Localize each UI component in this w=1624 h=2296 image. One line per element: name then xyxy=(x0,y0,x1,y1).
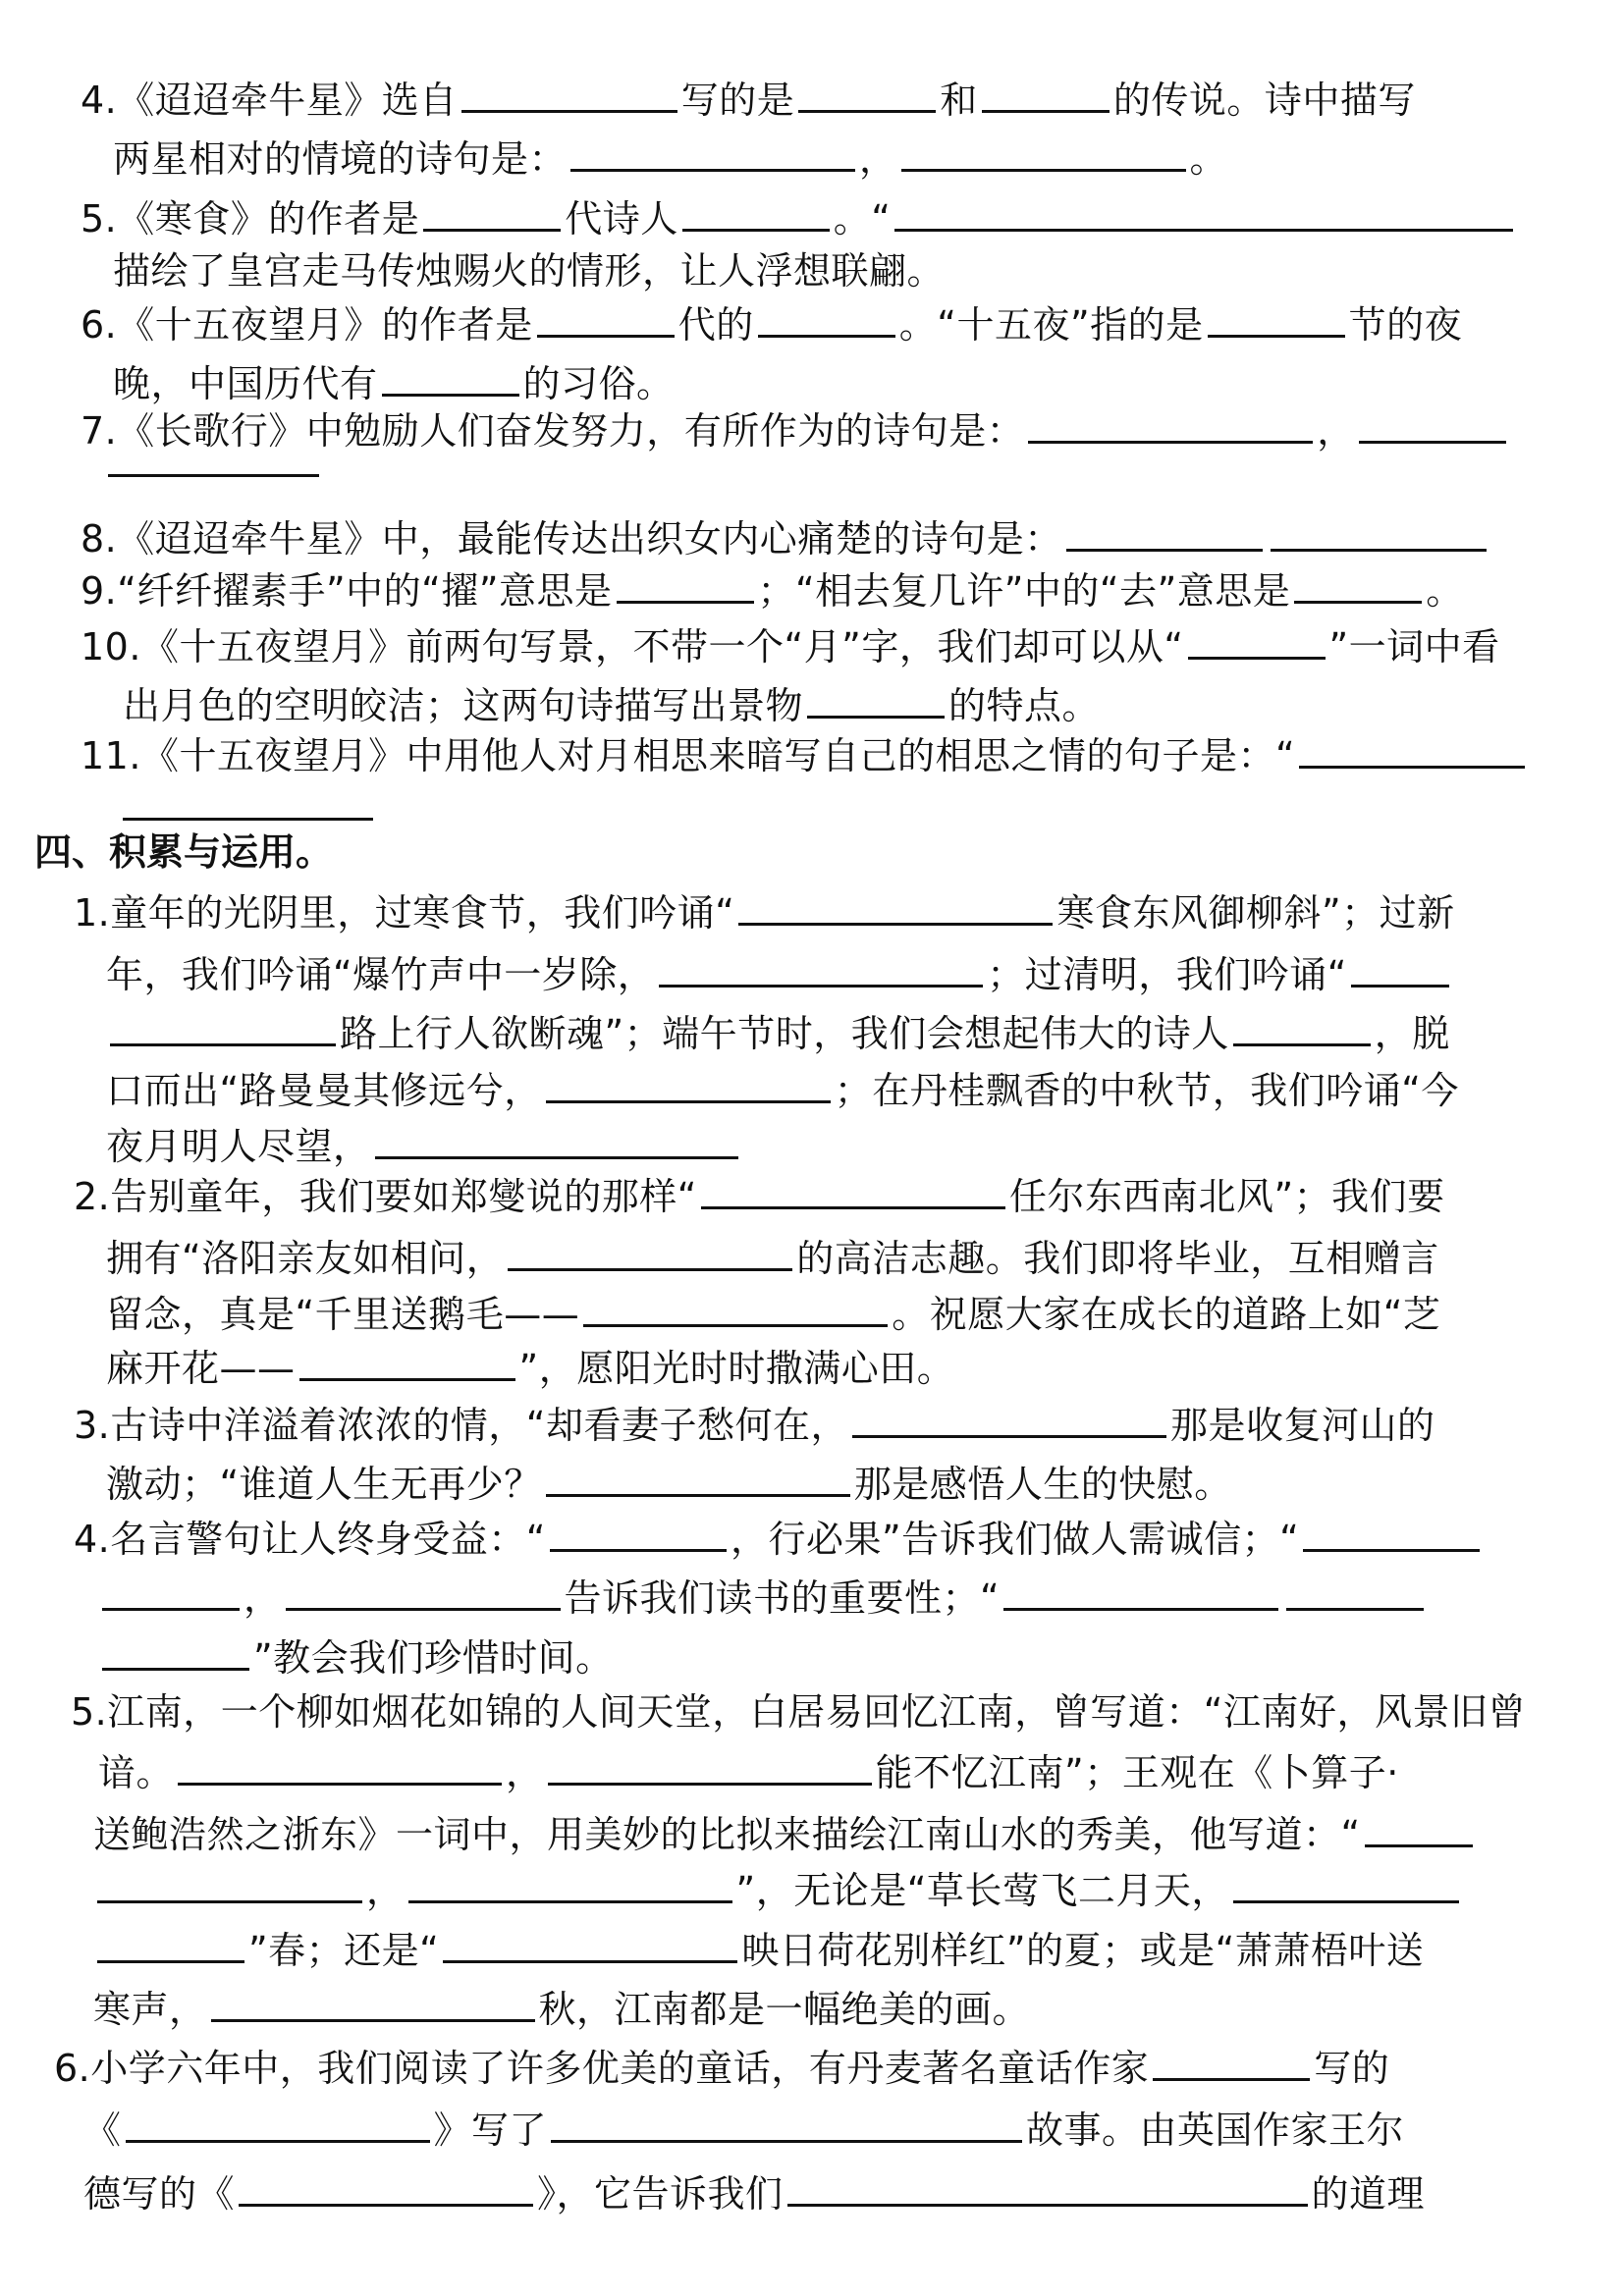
section4-question-3-line: 3.古诗中洋溢着浓浓的情，“却看妻子愁何在，那是收复河山的 xyxy=(74,1396,1435,1453)
answer-blank[interactable] xyxy=(787,2164,1308,2207)
answer-blank[interactable] xyxy=(286,1569,561,1611)
question-number: 9. xyxy=(81,569,117,613)
answer-blank[interactable] xyxy=(894,189,1513,232)
answer-blank[interactable] xyxy=(798,71,936,113)
answer-blank[interactable] xyxy=(1233,1861,1459,1903)
question-text: 寒声， xyxy=(93,1988,207,2031)
answer-blank[interactable] xyxy=(570,130,855,172)
answer-blank-q7-continuation[interactable] xyxy=(108,471,319,477)
question-text: 告别童年，我们要如郑燮说的那样“ xyxy=(110,1175,697,1218)
question-text: 小学六年中，我们阅读了许多优美的童话，有丹麦著名童话作家 xyxy=(90,2047,1149,2090)
question-text: 晚，中国历代有 xyxy=(113,362,378,405)
answer-blank[interactable] xyxy=(550,1510,727,1552)
answer-blank[interactable] xyxy=(537,295,675,338)
answer-blank[interactable] xyxy=(299,1339,515,1381)
section3-question-4-line: 4.《迢迢牵牛星》选自写的是和的传说。诗中描写 xyxy=(81,71,1416,128)
answer-blank[interactable] xyxy=(901,130,1186,172)
question-number: 1. xyxy=(74,891,110,934)
answer-blank[interactable] xyxy=(461,71,677,113)
question-text: 。 xyxy=(1426,569,1464,613)
question-text: 年，我们吟诵“爆竹声中一岁除， xyxy=(106,953,655,996)
question-text: 的习俗。 xyxy=(523,362,675,405)
answer-blank[interactable] xyxy=(807,676,945,719)
question-text: ， xyxy=(506,1751,544,1794)
question-text: ；“相去复几许”中的“去”意思是 xyxy=(758,569,1291,613)
question-text: 麻开花—— xyxy=(106,1347,296,1390)
question-text: 留念，真是“千里送鹅毛—— xyxy=(106,1293,579,1336)
answer-blank[interactable] xyxy=(546,1455,850,1497)
question-text: 任尔东西南北风”；我们要 xyxy=(1009,1175,1445,1218)
question-text: ， xyxy=(1317,409,1355,453)
question-number: 2. xyxy=(74,1175,110,1218)
answer-blank[interactable] xyxy=(1153,2039,1310,2081)
answer-blank[interactable] xyxy=(758,295,895,338)
section4-question-5-line: 寒声，秋，江南都是一幅绝美的画。 xyxy=(93,1980,1030,2037)
answer-blank[interactable] xyxy=(738,883,1053,926)
question-text: 激动；“谁道人生无再少？ xyxy=(106,1463,542,1506)
answer-blank[interactable] xyxy=(852,1396,1166,1438)
section3-question-5-line: 5.《寒食》的作者是代诗人。“ xyxy=(81,189,1517,246)
section4-question-1-line: 1.童年的光阴里，过寒食节，我们吟诵“寒食东风御柳斜”；过新 xyxy=(74,883,1455,940)
answer-blank[interactable] xyxy=(126,2101,430,2143)
section3-question-6-line: 6.《十五夜望月》的作者是代的。“十五夜”指的是节的夜 xyxy=(81,295,1462,352)
question-text: ， xyxy=(859,137,897,181)
question-text: 写的 xyxy=(1314,2047,1389,2090)
answer-blank[interactable] xyxy=(1294,561,1422,604)
answer-blank[interactable] xyxy=(1233,1004,1371,1046)
answer-blank[interactable] xyxy=(551,2101,1022,2143)
answer-blank[interactable] xyxy=(1208,295,1345,338)
question-text: 江南，一个柳如烟花如锦的人间天堂，白居易回忆江南，曾写道：“江南好，风景旧曾 xyxy=(107,1690,1526,1734)
answer-blank[interactable] xyxy=(375,1117,738,1159)
question-text: 故事。由英国作家王尔 xyxy=(1026,2109,1404,2152)
question-text: 那是收复河山的 xyxy=(1170,1404,1435,1447)
question-text: ”一词中看 xyxy=(1329,625,1500,668)
question-number: 7. xyxy=(81,409,117,453)
question-text: 和 xyxy=(940,79,978,122)
answer-blank[interactable] xyxy=(508,1229,792,1271)
question-number: 5. xyxy=(81,197,117,240)
question-text: 谙。 xyxy=(98,1751,174,1794)
section4-question-6-line: 德写的《》，它告诉我们的道理 xyxy=(83,2164,1425,2221)
answer-blank-q11-continuation[interactable] xyxy=(123,815,373,821)
answer-blank[interactable] xyxy=(1188,617,1326,660)
answer-blank[interactable] xyxy=(1271,509,1487,552)
question-number: 4. xyxy=(74,1518,110,1561)
section4-question-4-line: 4.名言警句让人终身受益：“，行必果”告诉我们做人需诚信；“ xyxy=(74,1510,1484,1567)
answer-blank[interactable] xyxy=(1299,726,1525,769)
answer-blank[interactable] xyxy=(239,2164,533,2207)
answer-blank[interactable] xyxy=(97,1861,362,1903)
question-text: 《寒食》的作者是 xyxy=(117,197,419,240)
question-text: 的高洁志趣。我们即将毕业，互相赠言 xyxy=(796,1237,1439,1280)
section3-question-8-line: 8.《迢迢牵牛星》中，最能传达出织女内心痛楚的诗句是： xyxy=(81,509,1490,566)
question-text: 节的夜 xyxy=(1349,303,1463,347)
question-text: 代诗人 xyxy=(565,197,678,240)
question-text: 德写的《 xyxy=(83,2172,235,2216)
answer-blank[interactable] xyxy=(1303,1510,1480,1552)
question-text: 两星相对的情境的诗句是： xyxy=(113,137,567,181)
section4-question-5-line: 5.江南，一个柳如烟花如锦的人间天堂，白居易回忆江南，曾写道：“江南好，风景旧曾 xyxy=(71,1684,1526,1739)
question-text: 出月色的空明皎洁；这两句诗描写出景物 xyxy=(123,684,803,727)
question-text: ，行必果”告诉我们做人需诚信；“ xyxy=(731,1518,1299,1561)
answer-blank[interactable] xyxy=(659,945,983,988)
section4-question-2-line: 拥有“洛阳亲友如相问，的高洁志趣。我们即将毕业，互相赠言 xyxy=(106,1229,1439,1286)
section4-question-4-line: ，告诉我们读书的重要性；“ xyxy=(98,1569,1428,1626)
question-text: 拥有“洛阳亲友如相问， xyxy=(106,1237,504,1280)
section4-question-1-line: 年，我们吟诵“爆竹声中一岁除，；过清明，我们吟诵“ xyxy=(106,945,1453,1002)
section4-question-6-line: 《》写了故事。由英国作家王尔 xyxy=(83,2101,1404,2158)
answer-blank[interactable] xyxy=(1351,945,1449,988)
question-text: 《迢迢牵牛星》中，最能传达出织女内心痛楚的诗句是： xyxy=(117,517,1062,561)
question-number: 10. xyxy=(81,625,141,668)
question-number: 6. xyxy=(81,303,117,347)
answer-blank[interactable] xyxy=(423,189,561,232)
question-text: 名言警句让人终身受益：“ xyxy=(110,1518,546,1561)
question-text: 描绘了皇宫走马传烛赐火的情形，让人浮想联翩。 xyxy=(113,249,945,293)
question-text: ”，无论是“草长莺飞二月天， xyxy=(736,1869,1229,1912)
question-text: ”教会我们珍惜时间。 xyxy=(253,1636,614,1680)
section4-question-1-line: 口而出“路曼曼其修远兮，；在丹桂飘香的中秋节，我们吟诵“今 xyxy=(106,1061,1459,1118)
question-text: 夜月明人尽望， xyxy=(106,1125,371,1168)
answer-blank[interactable] xyxy=(382,354,519,397)
section3-question-10-line: 出月色的空明皎洁；这两句诗描写出景物的特点。 xyxy=(123,676,1100,733)
answer-blank[interactable] xyxy=(583,1285,888,1327)
answer-blank[interactable] xyxy=(548,1743,872,1786)
section4-question-1-line: 夜月明人尽望， xyxy=(106,1117,742,1174)
question-text: 童年的光阴里，过寒食节，我们吟诵“ xyxy=(110,891,734,934)
section4-question-5-line: ，”，无论是“草长莺飞二月天， xyxy=(93,1861,1463,1918)
question-text: 寒食东风御柳斜”；过新 xyxy=(1056,891,1454,934)
question-text: 告诉我们读书的重要性；“ xyxy=(565,1576,1001,1620)
section3-question-11-line: 11.《十五夜望月》中用他人对月相思来暗写自己的相思之情的句子是：“ xyxy=(81,726,1529,783)
section4-question-4-line: ”教会我们珍惜时间。 xyxy=(98,1629,614,1685)
question-text: 的传说。诗中描写 xyxy=(1113,79,1416,122)
answer-blank[interactable] xyxy=(1359,401,1506,444)
question-number: 5. xyxy=(71,1690,107,1734)
question-number: 4. xyxy=(81,79,117,122)
section4-question-1-line: 路上行人欲断魂”；端午节时，我们会想起伟大的诗人，脱 xyxy=(106,1004,1450,1061)
question-number: 11. xyxy=(81,734,141,777)
section4-question-2-line: 留念，真是“千里送鹅毛——。祝愿大家在成长的道路上如“芝 xyxy=(106,1285,1440,1342)
question-text: 口而出“路曼曼其修远兮， xyxy=(106,1069,542,1112)
section4-question-2-line: 2.告别童年，我们要如郑燮说的那样“任尔东西南北风”；我们要 xyxy=(74,1167,1445,1224)
answer-blank[interactable] xyxy=(982,71,1110,113)
answer-blank[interactable] xyxy=(110,1004,336,1046)
question-text: 《十五夜望月》前两句写景，不带一个“月”字，我们却可以从“ xyxy=(141,625,1184,668)
answer-blank[interactable] xyxy=(102,1569,240,1611)
answer-blank[interactable] xyxy=(97,1921,244,1963)
question-text: 古诗中洋溢着浓浓的情，“却看妻子愁何在， xyxy=(110,1404,848,1447)
section3-question-5-line: 描绘了皇宫走马传烛赐火的情形，让人浮想联翩。 xyxy=(113,243,945,298)
answer-blank[interactable] xyxy=(1365,1805,1473,1847)
answer-blank[interactable] xyxy=(102,1629,249,1671)
section4-question-5-line: 送鲍浩然之浙东》一词中，用美妙的比拟来描绘江南山水的秀美，他写道：“ xyxy=(93,1805,1477,1862)
question-text: ”，愿阳光时时撒满心田。 xyxy=(519,1347,955,1390)
question-text: 代的 xyxy=(678,303,754,347)
section3-question-4-line: 两星相对的情境的诗句是：，。 xyxy=(113,130,1227,187)
answer-blank[interactable] xyxy=(211,1980,535,2022)
question-text: 能不忆江南”；王观在《卜算子· xyxy=(876,1751,1399,1794)
answer-blank[interactable] xyxy=(178,1743,502,1786)
question-text: ”春；还是“ xyxy=(248,1929,439,1972)
question-text: 的道理 xyxy=(1312,2172,1426,2216)
question-text: 送鲍浩然之浙东》一词中，用美妙的比拟来描绘江南山水的秀美，他写道：“ xyxy=(93,1813,1361,1856)
answer-blank[interactable] xyxy=(1028,401,1313,444)
answer-blank[interactable] xyxy=(617,561,754,604)
section3-question-9-line: 9.“纤纤擢素手”中的“擢”意思是；“相去复几许”中的“去”意思是。 xyxy=(81,561,1464,618)
answer-blank[interactable] xyxy=(1286,1569,1424,1611)
answer-blank[interactable] xyxy=(1066,509,1263,552)
section4-question-6-line: 6.小学六年中，我们阅读了许多优美的童话，有丹麦著名童话作家写的 xyxy=(54,2039,1389,2096)
question-text: ， xyxy=(366,1869,405,1912)
question-text: ；在丹桂飘香的中秋节，我们吟诵“今 xyxy=(835,1069,1459,1112)
question-text: ， xyxy=(244,1576,282,1620)
answer-blank[interactable] xyxy=(546,1061,831,1103)
question-text: 。 xyxy=(1190,137,1228,181)
question-text: 。“十五夜”指的是 xyxy=(899,303,1204,347)
section4-question-3-line: 激动；“谁道人生无再少？那是感悟人生的快慰。 xyxy=(106,1455,1232,1512)
question-text: 《迢迢牵牛星》选自 xyxy=(117,79,458,122)
question-text: 。“ xyxy=(834,197,892,240)
question-text: 那是感悟人生的快慰。 xyxy=(854,1463,1232,1506)
answer-blank[interactable] xyxy=(682,189,830,232)
question-text: 》，它告诉我们 xyxy=(537,2172,784,2216)
question-text: 《 xyxy=(83,2109,122,2152)
question-text: 映日荷花别样红”的夏；或是“萧萧梧叶送 xyxy=(741,1929,1424,1972)
answer-blank[interactable] xyxy=(1003,1569,1278,1611)
section4-question-5-line: ”春；还是“映日荷花别样红”的夏；或是“萧萧梧叶送 xyxy=(93,1921,1424,1978)
section3-question-10-line: 10.《十五夜望月》前两句写景，不带一个“月”字，我们却可以从“”一词中看 xyxy=(81,617,1500,674)
question-text: 《十五夜望月》中用他人对月相思来暗写自己的相思之情的句子是：“ xyxy=(141,734,1295,777)
question-text: 的特点。 xyxy=(948,684,1100,727)
question-text: ，脱 xyxy=(1375,1012,1450,1055)
section4-question-2-line: 麻开花——”，愿阳光时时撒满心田。 xyxy=(106,1339,954,1396)
question-text: ；过清明，我们吟诵“ xyxy=(987,953,1347,996)
section-heading: 四、积累与运用。 xyxy=(34,825,333,880)
section4-question-5-line: 谙。，能不忆江南”；王观在《卜算子· xyxy=(98,1743,1399,1800)
question-text: 《十五夜望月》的作者是 xyxy=(117,303,533,347)
answer-blank[interactable] xyxy=(408,1861,732,1903)
question-text: 》写了 xyxy=(434,2109,548,2152)
question-text: 秋，江南都是一幅绝美的画。 xyxy=(539,1988,1031,2031)
question-number: 8. xyxy=(81,517,117,561)
answer-blank[interactable] xyxy=(701,1167,1005,1209)
question-number: 3. xyxy=(74,1404,110,1447)
question-text: 路上行人欲断魂”；端午节时，我们会想起伟大的诗人 xyxy=(340,1012,1229,1055)
question-number: 6. xyxy=(54,2047,90,2090)
question-text: 写的是 xyxy=(681,79,795,122)
question-text: 《长歌行》中勉励人们奋发努力，有所作为的诗句是： xyxy=(117,409,1024,453)
question-text: “纤纤擢素手”中的“擢”意思是 xyxy=(117,569,612,613)
answer-blank[interactable] xyxy=(443,1921,737,1963)
question-text: 。祝愿大家在成长的道路上如“芝 xyxy=(892,1293,1440,1336)
section3-question-7-line: 7.《长歌行》中勉励人们奋发努力，有所作为的诗句是：， xyxy=(81,401,1510,458)
